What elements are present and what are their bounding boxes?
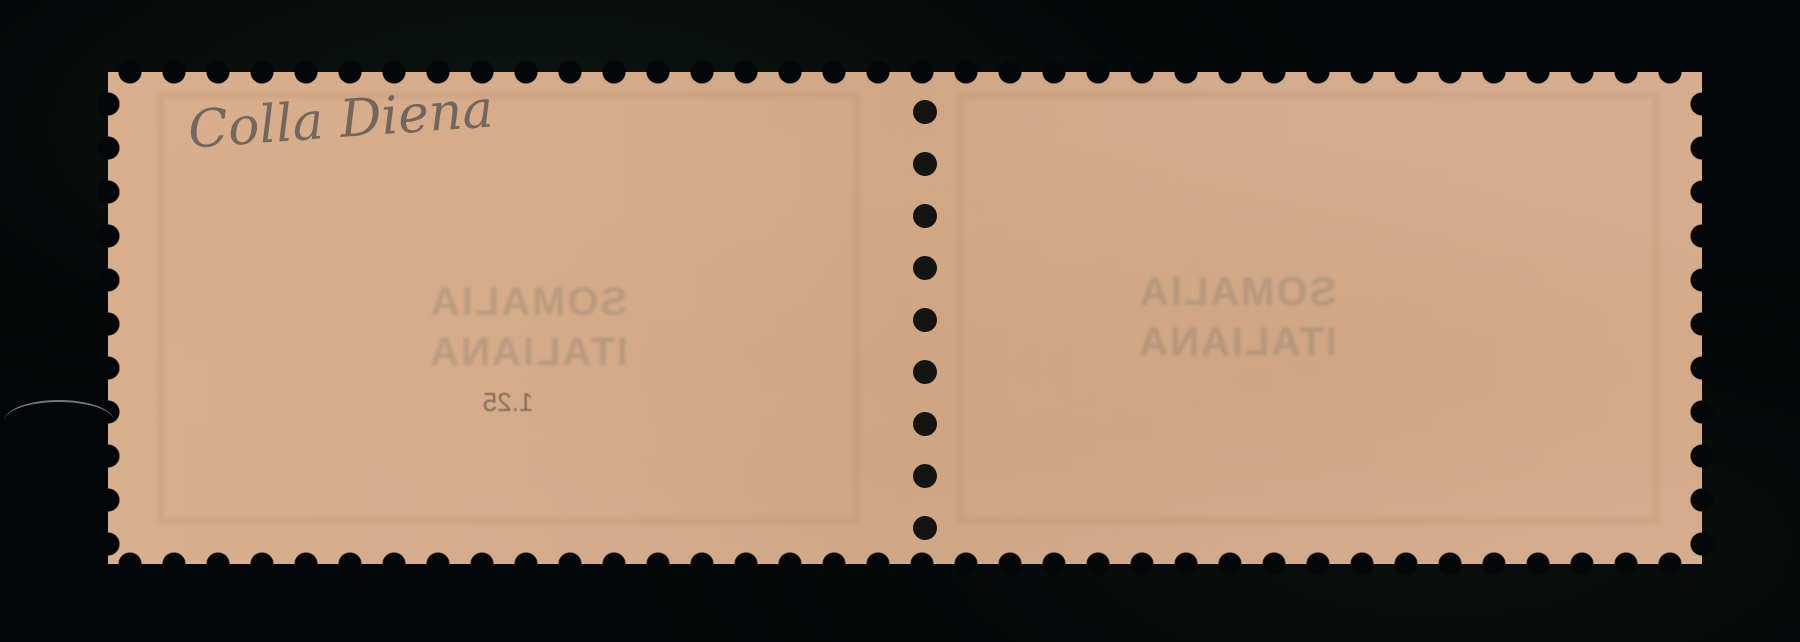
perforation-hole [913,308,937,332]
overprint-showthrough-left: SOMALIA ITALIANA [308,277,748,377]
perforation-hole [913,360,937,384]
perforation-hole [913,152,937,176]
overprint-showthrough-right: SOMALIA ITALIANA [1027,267,1447,367]
perforation-hole [913,100,937,124]
left-stamp-half: Colla Diena SOMALIA ITALIANA 1.25 [108,72,913,564]
showthrough-line: SOMALIA [1027,267,1447,317]
perforation-hole [913,412,937,436]
stamp-pair-reverse: Colla Diena SOMALIA ITALIANA 1.25 SOMALI… [108,72,1702,564]
perforation-hole [913,516,937,540]
showthrough-line: ITALIANA [308,327,748,377]
perforation-hole [913,204,937,228]
perforation-hole [913,464,937,488]
center-perforation-holes [913,100,937,540]
showthrough-line: ITALIANA [1027,317,1447,367]
showthrough-line: SOMALIA [308,277,748,327]
scratch-mark [4,400,114,442]
perforation-hole [913,256,937,280]
value-showthrough: 1.25 [408,387,608,418]
right-stamp-half: SOMALIA ITALIANA [937,72,1702,564]
